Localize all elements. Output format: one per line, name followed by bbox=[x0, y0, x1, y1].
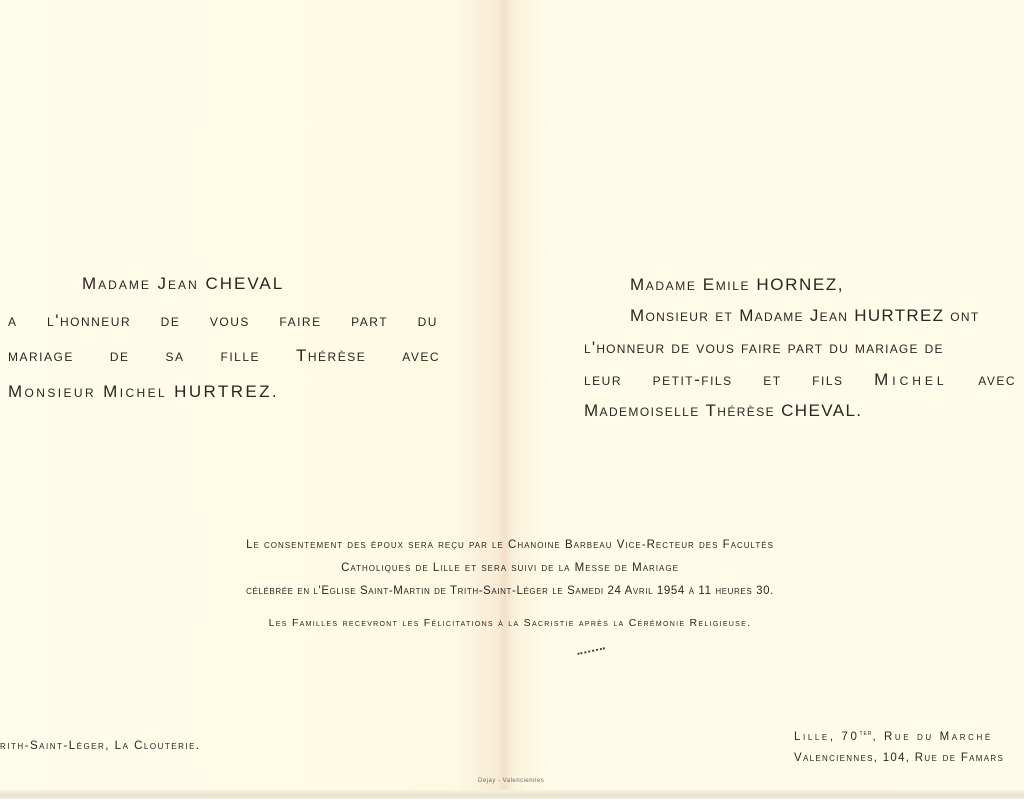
word: a bbox=[8, 311, 18, 331]
word: vous bbox=[210, 311, 250, 331]
address-left: rith-Saint-Léger, La Clouterie. bbox=[0, 740, 201, 752]
address-street: , Rue du Marché bbox=[872, 731, 992, 743]
left-line-2: a l'honneur de vous faire part du bbox=[8, 311, 438, 331]
word: avec bbox=[402, 346, 440, 366]
address-superscript: ter bbox=[859, 730, 872, 737]
right-line-5: Mademoiselle Thérèse CHEVAL. bbox=[584, 401, 862, 421]
left-line-3: mariage de sa fille Thérèse avec bbox=[8, 346, 440, 366]
word: faire bbox=[279, 311, 321, 331]
ceremony-line-3: célébrée en l'Eglise Saint-Martin de Tri… bbox=[120, 585, 900, 597]
ceremony-line-1: Le consentement des époux sera reçu par … bbox=[120, 539, 900, 551]
word: fille bbox=[220, 346, 260, 366]
ceremony-line-4: Les Familles recevront les Félicitations… bbox=[120, 617, 900, 629]
right-line-1: Madame Emile HORNEZ, bbox=[630, 275, 844, 295]
word: leur bbox=[584, 370, 622, 390]
word: sa bbox=[165, 346, 184, 366]
left-line-1: Madame Jean CHEVAL bbox=[82, 274, 284, 294]
ceremony-line-2: Catholiques de Lille et sera suivi de la… bbox=[120, 562, 900, 574]
right-line-2: Monsieur et Madame Jean HURTREZ ont bbox=[630, 306, 980, 326]
word: et bbox=[763, 370, 781, 390]
address-right-1: Lille, 70ter, Rue du Marché bbox=[794, 730, 993, 743]
word: Thérèse bbox=[296, 346, 366, 366]
right-line-3: l'honneur de vous faire part du mariage … bbox=[584, 338, 944, 358]
word: du bbox=[418, 311, 438, 331]
word: Michel bbox=[874, 370, 948, 390]
word: petit-fils bbox=[653, 370, 733, 390]
paper-bottom-edge bbox=[0, 790, 1024, 799]
right-line-4: leur petit-fils et fils Michel avec bbox=[584, 370, 1016, 390]
word: fils bbox=[812, 370, 843, 390]
word: part bbox=[351, 311, 388, 331]
word: de bbox=[161, 311, 181, 331]
word: mariage bbox=[8, 346, 74, 366]
word: avec bbox=[978, 370, 1016, 390]
left-line-4: Monsieur Michel HURTREZ. bbox=[8, 382, 279, 402]
address-right-2: Valenciennes, 104, Rue de Famars bbox=[794, 752, 1004, 764]
word: l'honneur bbox=[47, 311, 131, 331]
word: de bbox=[110, 346, 130, 366]
address-city: Lille, 70 bbox=[794, 731, 859, 743]
printer-mark: Dejay - Valenciennes bbox=[478, 778, 544, 784]
